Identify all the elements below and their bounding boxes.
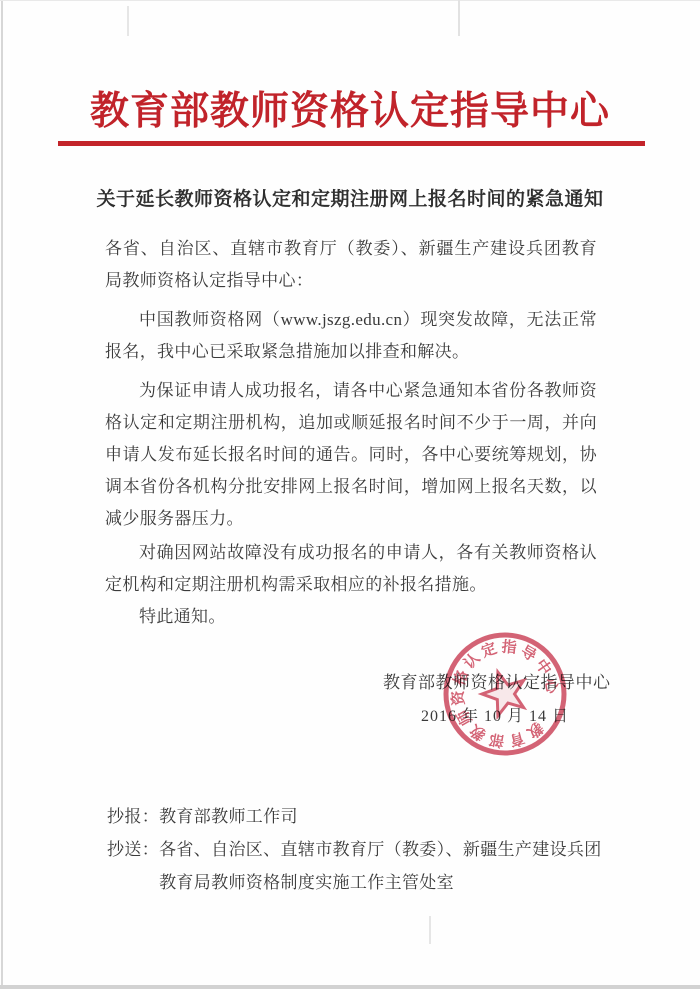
paragraph-2: 为保证申请人成功报名，请各中心紧急通知本省份各教师资格认定和定期注册机构，追加或… bbox=[105, 375, 597, 535]
document-subject-title: 关于延长教师资格认定和定期注册网上报名时间的紧急通知 bbox=[0, 184, 700, 211]
seal-graphic: 教育部教师资格认定指导中心 bbox=[435, 624, 575, 764]
scan-streak bbox=[127, 6, 129, 36]
paragraph-1: 中国教师资格网（www.jszg.edu.cn）现突发故障，无法正常报名，我中心… bbox=[105, 304, 597, 368]
paragraph-3: 对确因网站故障没有成功报名的申请人，各有关教师资格认定机构和定期注册机构需采取相… bbox=[105, 537, 597, 601]
closing-phrase: 特此通知。 bbox=[105, 601, 597, 633]
svg-text:育: 育 bbox=[508, 729, 527, 750]
copy-send-label: 抄送： bbox=[107, 833, 159, 866]
letterhead-org-title: 教育部教师资格认定指导中心 bbox=[0, 80, 700, 136]
seal-ring bbox=[446, 635, 564, 753]
svg-text:部: 部 bbox=[488, 730, 506, 750]
svg-text:导: 导 bbox=[517, 642, 539, 665]
official-seal: 教育部教师资格认定指导中心 bbox=[435, 624, 575, 764]
signature-org-name: 教育部教师资格认定指导中心 bbox=[383, 668, 611, 693]
seal-arc-text: 教育部教师资格认定指导中心 bbox=[435, 624, 574, 764]
scan-edge-top bbox=[0, 0, 700, 1]
copy-report-content: 教育部教师工作司 bbox=[159, 800, 298, 833]
letterhead-rule bbox=[58, 141, 645, 146]
scanned-document-page: 教育部教师资格认定指导中心 关于延长教师资格认定和定期注册网上报名时间的紧急通知… bbox=[0, 0, 700, 989]
copy-list: 抄报： 教育部教师工作司 抄送： 各省、自治区、直辖市教育厅（教委）、新疆生产建… bbox=[107, 800, 627, 899]
scan-edge-left bbox=[1, 0, 3, 989]
copy-row-report: 抄报： 教育部教师工作司 bbox=[107, 800, 627, 833]
copy-row-send: 抄送： 各省、自治区、直辖市教育厅（教委）、新疆生产建设兵团教育局教师资格制度实… bbox=[107, 833, 627, 899]
svg-text:指: 指 bbox=[500, 638, 517, 656]
document-body: 各省、自治区、直辖市教育厅（教委）、新疆生产建设兵团教育局教师资格认定指导中心：… bbox=[105, 233, 597, 633]
copy-report-label: 抄报： bbox=[107, 800, 159, 833]
scan-streak bbox=[429, 916, 431, 944]
scan-edge-bottom bbox=[0, 985, 700, 989]
signature-date: 2016 年 10 月 14 日 bbox=[421, 703, 569, 726]
salutation: 各省、自治区、直辖市教育厅（教委）、新疆生产建设兵团教育局教师资格认定指导中心： bbox=[105, 233, 597, 297]
svg-text:定: 定 bbox=[479, 639, 499, 661]
copy-send-content: 各省、自治区、直辖市教育厅（教委）、新疆生产建设兵团教育局教师资格制度实施工作主… bbox=[159, 833, 611, 899]
scan-streak bbox=[458, 0, 460, 36]
